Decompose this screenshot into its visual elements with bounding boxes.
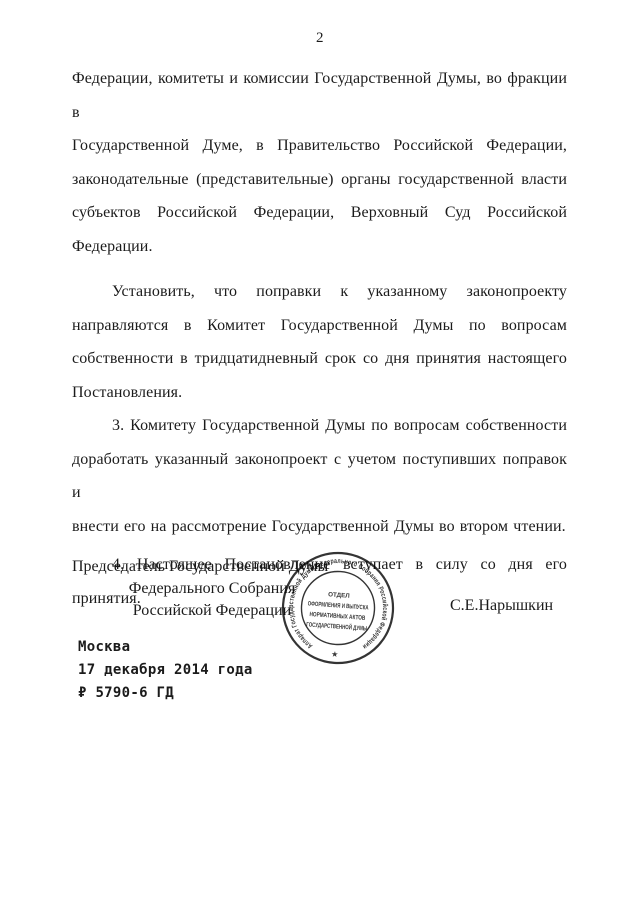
document-body: Федерации, комитеты и комиссии Государст…	[72, 62, 567, 615]
official-stamp: Аппарат Государственной Думы Федеральног…	[276, 546, 400, 670]
document-footer: Москва 17 декабря 2014 года ₽ 5790-6 ГД	[78, 636, 253, 705]
footer-city: Москва	[78, 636, 253, 659]
signatory-name: С.Е.Нарышкин	[450, 597, 553, 615]
document-line: Постановления.	[72, 376, 567, 410]
document-line: собственности в тридцатидневный срок со …	[72, 342, 567, 376]
document-line: Государственной Думе, в Правительство Ро…	[72, 129, 567, 163]
document-line: Федерации, комитеты и комиссии Государст…	[72, 62, 567, 129]
stamp-star-icon: ★	[331, 650, 339, 659]
document-line: 3. Комитету Государственной Думы по вопр…	[72, 409, 567, 443]
document-line: законодательные (представительные) орган…	[72, 163, 567, 197]
paragraph: 3. Комитету Государственной Думы по вопр…	[72, 409, 567, 543]
document-line: субъектов Российской Федерации, Верховны…	[72, 196, 567, 230]
page-number: 2	[0, 30, 640, 47]
stamp-center-line-2: ОФОРМЛЕНИЯ И ВЫПУСКА	[307, 600, 369, 611]
footer-doc-number: ₽ 5790-6 ГД	[78, 682, 253, 705]
stamp-center-line-1: ОТДЕЛ	[328, 591, 350, 599]
document-page: 2 Федерации, комитеты и комиссии Государ…	[0, 0, 640, 905]
footer-date: 17 декабря 2014 года	[78, 659, 253, 682]
document-line: внести его на рассмотрение Государственн…	[72, 510, 567, 544]
document-line: направляются в Комитет Государственной Д…	[72, 309, 567, 343]
paragraph: Установить, что поправки к указанному за…	[72, 275, 567, 409]
stamp-center-line-3: НОРМАТИВНЫХ АКТОВ	[309, 611, 366, 622]
paragraph: Федерации, комитеты и комиссии Государст…	[72, 62, 567, 263]
document-line: Федерации.	[72, 230, 567, 264]
document-line: Установить, что поправки к указанному за…	[72, 275, 567, 309]
document-line: доработать указанный законопроект с учет…	[72, 443, 567, 510]
